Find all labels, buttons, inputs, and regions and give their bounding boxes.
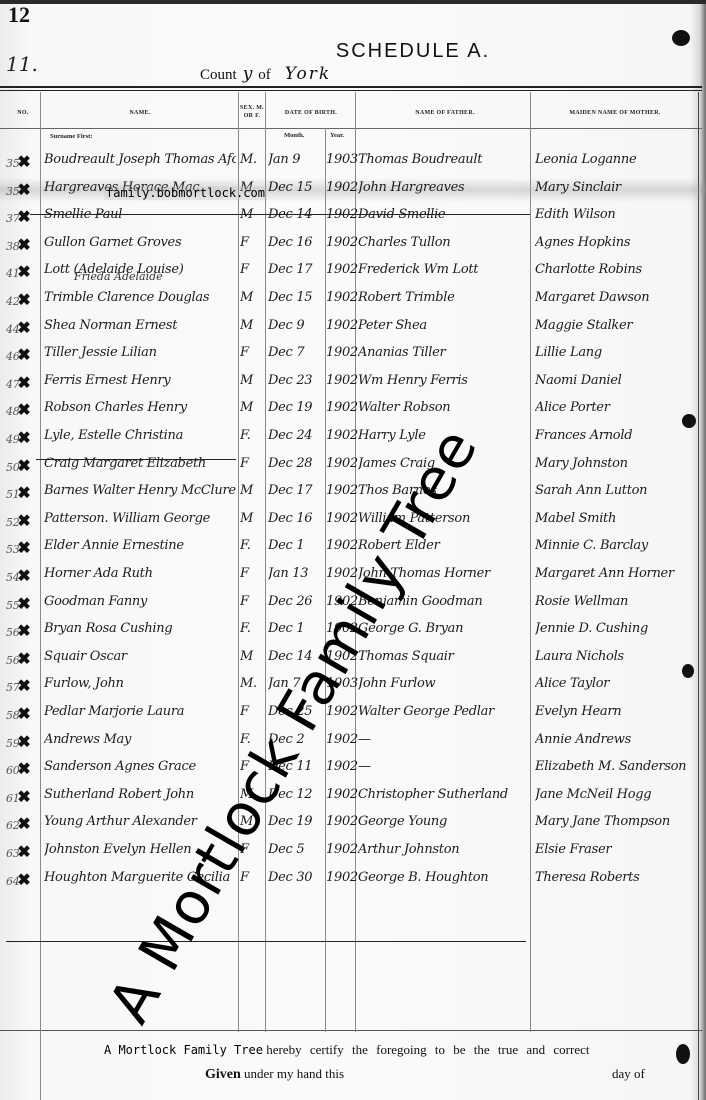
footer-certification: A Mortlock Family Tree hereby certify th…: [104, 1042, 590, 1058]
record-father: Benjamin Goodman: [358, 594, 530, 609]
record-mother: Maggie Stalker: [535, 318, 700, 333]
record-mother: Jennie D. Cushing: [535, 621, 700, 636]
record-number: 44✖: [6, 318, 40, 337]
cross-mark-icon: ✖: [17, 870, 30, 889]
record-birth-year: 1902: [326, 345, 358, 360]
record-mother: Alice Taylor: [535, 676, 700, 691]
record-number: 46✖: [6, 345, 40, 364]
record-sex: F: [240, 456, 264, 471]
record-father: Thomas Boudreault: [358, 152, 530, 167]
record-birth-year: 1902: [326, 373, 358, 388]
record-mother: Mabel Smith: [535, 511, 700, 526]
record-sex: M: [240, 787, 264, 802]
record-sex: M: [240, 511, 264, 526]
watermark-footer-overlay: A Mortlock Family Tree: [104, 1043, 263, 1057]
header-double-rule-top: [0, 86, 702, 88]
record-name: Barnes Walter Henry McClure: [44, 483, 236, 498]
record-birth-year: 1902: [326, 787, 358, 802]
record-birth-month: Dec 16: [268, 235, 324, 250]
record-birth-year: 1902: [326, 400, 358, 415]
record-name: Young Arthur Alexander: [44, 814, 236, 829]
record-name: Ferris Ernest Henry: [44, 373, 236, 388]
record-birth-month: Dec 2: [268, 732, 324, 747]
record-birth-month: Dec 26: [268, 594, 324, 609]
watermark-url: family.bobmortlock.com: [104, 186, 267, 200]
record-birth-year: 1902: [326, 594, 358, 609]
record-father: Harry Lyle: [358, 428, 530, 443]
record-sex: M: [240, 373, 264, 388]
underline-hargreaves: [30, 214, 530, 215]
record-number: 61✖: [6, 787, 40, 806]
record-father: Charles Tullon: [358, 235, 530, 250]
cross-mark-icon: ✖: [17, 649, 30, 668]
header-mother: Maiden Name of Mother.: [540, 110, 690, 116]
record-number: 50✖: [6, 456, 40, 475]
record-number: 55✖: [6, 594, 40, 613]
record-number: 51✖: [6, 483, 40, 502]
subheader-surname-first: Surname First:: [50, 133, 92, 140]
record-name: Elder Annie Ernestine: [44, 538, 236, 553]
record-name: Robson Charles Henry: [44, 400, 236, 415]
record-mother: Lillie Lang: [535, 345, 700, 360]
record-birth-month: Dec 19: [268, 814, 324, 829]
record-birth-month: Dec 15: [268, 180, 324, 195]
record-birth-year: 1902: [326, 511, 358, 526]
record-sex: F.: [240, 732, 264, 747]
record-sex: M: [240, 814, 264, 829]
table-row: 46✖Tiller Jessie LilianFDec 71902Ananias…: [0, 343, 706, 370]
record-mother: Rosie Wellman: [535, 594, 700, 609]
record-number: 57✖: [6, 676, 40, 695]
cross-mark-icon: ✖: [17, 428, 30, 447]
header-bottom-rule: [0, 128, 702, 129]
record-father: James Craig: [358, 456, 530, 471]
page-top-edge: [0, 0, 706, 4]
record-name: Sutherland Robert John: [44, 787, 236, 802]
table-row: 63✖Johnston Evelyn HellenFDec 51902Arthu…: [0, 840, 706, 867]
table-row: 62✖Young Arthur AlexanderMDec 191902Geor…: [0, 812, 706, 839]
record-father: John Furlow: [358, 676, 530, 691]
record-mother: Agnes Hopkins: [535, 235, 700, 250]
record-mother: Mary Sinclair: [535, 180, 700, 195]
record-name: Gullon Garnet Groves: [44, 235, 236, 250]
cross-mark-icon: ✖: [17, 483, 30, 502]
ink-blot-right-3: [676, 1044, 690, 1064]
record-sex: M.: [240, 152, 264, 167]
record-birth-month: Dec 12: [268, 787, 324, 802]
table-row: 42✖Trimble Clarence DouglasMDec 151902Ro…: [0, 288, 706, 315]
record-number: 60✖: [6, 759, 40, 778]
header-father: Name of Father.: [370, 110, 520, 116]
record-sex: F: [240, 262, 264, 277]
record-sex: M: [240, 400, 264, 415]
record-birth-year: 1902: [326, 538, 358, 553]
underline-robson: [36, 459, 236, 460]
scanned-register-page: 12 11. SCHEDULE A. CountyofYork No. Name…: [0, 0, 706, 1100]
record-father: Ananias Tiller: [358, 345, 530, 360]
record-birth-year: 1902: [326, 290, 358, 305]
record-birth-month: Dec 7: [268, 345, 324, 360]
record-birth-year: 1902: [326, 318, 358, 333]
cross-mark-icon: ✖: [17, 400, 30, 419]
record-sex: M: [240, 290, 264, 305]
record-name: Horner Ada Ruth: [44, 566, 236, 581]
record-birth-year: 1903: [326, 152, 358, 167]
record-birth-year: 1902: [326, 483, 358, 498]
record-father: Christopher Sutherland: [358, 787, 530, 802]
record-sex: M.: [240, 676, 264, 691]
record-mother: Elsie Fraser: [535, 842, 700, 857]
record-name: Lyle, Estelle Christina: [44, 428, 236, 443]
record-birth-month: Dec 25: [268, 704, 324, 719]
cross-mark-icon: ✖: [17, 538, 30, 557]
page-number: 12: [8, 2, 30, 28]
record-sex: M: [240, 483, 264, 498]
record-birth-year: 1902: [326, 235, 358, 250]
record-birth-month: Dec 15: [268, 290, 324, 305]
record-number: 47✖: [6, 373, 40, 392]
record-number: 38✖: [6, 235, 40, 254]
record-birth-month: Dec 9: [268, 318, 324, 333]
record-father: John Thomas Horner: [358, 566, 530, 581]
table-row: 56✖Bryan Rosa CushingF.Dec 11902George G…: [0, 619, 706, 646]
record-mother: Evelyn Hearn: [535, 704, 700, 719]
table-row: 64✖Houghton Marguerite CeciliaFDec 30190…: [0, 868, 706, 895]
cross-mark-icon: ✖: [17, 814, 30, 833]
record-father: Thomas Squair: [358, 649, 530, 664]
record-sex: F: [240, 704, 264, 719]
record-birth-month: Dec 5: [268, 842, 324, 857]
record-birth-month: Jan 7: [268, 676, 324, 691]
record-birth-year: 1902: [326, 180, 358, 195]
record-birth-year: 1902: [326, 814, 358, 829]
cross-mark-icon: ✖: [17, 345, 30, 364]
record-birth-month: Dec 1: [268, 538, 324, 553]
subheader-year: Year.: [330, 132, 344, 139]
record-birth-month: Dec 1: [268, 621, 324, 636]
cross-mark-icon: ✖: [17, 759, 30, 778]
record-father: Wm Henry Ferris: [358, 373, 530, 388]
record-father: Peter Shea: [358, 318, 530, 333]
header-date-of-birth: Date of Birth.: [268, 110, 354, 116]
record-father: John Hargreaves: [358, 180, 530, 195]
record-name: Boudreault Joseph Thomas Afonia: [44, 152, 236, 167]
footer-rule: [0, 1030, 702, 1031]
record-mother: Alice Porter: [535, 400, 700, 415]
table-row: 44✖Shea Norman ErnestMDec 91902Peter She…: [0, 316, 706, 343]
cross-mark-icon: ✖: [17, 290, 30, 309]
record-sex: F: [240, 759, 264, 774]
record-name: Pedlar Marjorie Laura: [44, 704, 236, 719]
record-mother: Naomi Daniel: [535, 373, 700, 388]
record-birth-month: Dec 17: [268, 262, 324, 277]
record-sex: M: [240, 318, 264, 333]
record-number: 35✖: [6, 152, 40, 171]
table-row: 38✖Gullon Garnet GrovesFDec 161902Charle…: [0, 233, 706, 260]
record-birth-year: 1903: [326, 676, 358, 691]
table-row: 56✖Squair OscarMDec 141902Thomas SquairL…: [0, 647, 706, 674]
record-birth-month: Dec 17: [268, 483, 324, 498]
record-number: 64✖: [6, 870, 40, 889]
header-double-rule-bottom: [0, 90, 702, 91]
table-row: 52✖Patterson. William GeorgeMDec 161902W…: [0, 509, 706, 536]
cross-mark-icon: ✖: [17, 235, 30, 254]
record-birth-month: Dec 14: [268, 649, 324, 664]
record-number: 59✖: [6, 732, 40, 751]
record-father: Walter George Pedlar: [358, 704, 530, 719]
name-annotation-frieda: Frieda Adelaide: [74, 270, 163, 283]
record-number: 35✖: [6, 180, 40, 199]
record-birth-year: 1902: [326, 262, 358, 277]
record-sex: F: [240, 566, 264, 581]
schedule-title: SCHEDULE A.: [0, 40, 706, 63]
record-birth-year: 1902: [326, 870, 358, 885]
record-number: 56✖: [6, 649, 40, 668]
record-number: 62✖: [6, 814, 40, 833]
record-name: Bryan Rosa Cushing: [44, 621, 236, 636]
cross-mark-icon: ✖: [17, 456, 30, 475]
record-number: 58✖: [6, 704, 40, 723]
record-name: Squair Oscar: [44, 649, 236, 664]
header-name: Name.: [60, 110, 220, 116]
record-number: 42✖: [6, 290, 40, 309]
record-name: Andrews May: [44, 732, 236, 747]
cross-mark-icon: ✖: [17, 180, 30, 199]
cross-mark-icon: ✖: [17, 842, 30, 861]
record-name: Patterson. William George: [44, 511, 236, 526]
record-birth-month: Jan 13: [268, 566, 324, 581]
record-birth-year: 1902: [326, 428, 358, 443]
record-sex: F: [240, 870, 264, 885]
record-father: Arthur Johnston: [358, 842, 530, 857]
record-mother: Mary Johnston: [535, 456, 700, 471]
table-row: 61✖Sutherland Robert JohnMDec 121902Chri…: [0, 785, 706, 812]
record-birth-year: 1902: [326, 621, 358, 636]
record-birth-year: 1902: [326, 732, 358, 747]
header-no: No.: [10, 110, 36, 116]
header-sex: Sex. M. or F.: [240, 104, 264, 120]
record-mother: Sarah Ann Lutton: [535, 483, 700, 498]
table-row: 47✖Ferris Ernest HenryMDec 231902Wm Henr…: [0, 371, 706, 398]
record-mother: Frances Arnold: [535, 428, 700, 443]
table-row: 55✖Goodman FannyFDec 261902Benjamin Good…: [0, 592, 706, 619]
record-father: Robert Elder: [358, 538, 530, 553]
record-sex: F.: [240, 621, 264, 636]
record-sex: F.: [240, 428, 264, 443]
record-birth-month: Dec 16: [268, 511, 324, 526]
record-number: 52✖: [6, 511, 40, 530]
record-name: Trimble Clarence Douglas: [44, 290, 236, 305]
cross-mark-icon: ✖: [17, 373, 30, 392]
record-name: Goodman Fanny: [44, 594, 236, 609]
record-father: Walter Robson: [358, 400, 530, 415]
record-father: William Patterson: [358, 511, 530, 526]
record-birth-year: 1902: [326, 704, 358, 719]
table-row: 50✖Craig Margaret ElizabethFDec 281902Ja…: [0, 454, 706, 481]
table-row: 53✖Elder Annie ErnestineF.Dec 11902Rober…: [0, 536, 706, 563]
footer-day-of: day of: [612, 1066, 645, 1082]
cross-mark-icon: ✖: [17, 152, 30, 171]
cross-mark-icon: ✖: [17, 704, 30, 723]
cross-mark-icon: ✖: [17, 594, 30, 613]
table-row: 58✖Pedlar Marjorie LauraFDec 251902Walte…: [0, 702, 706, 729]
table-row: 59✖Andrews MayF.Dec 21902—Annie Andrews: [0, 730, 706, 757]
table-row: 48✖Robson Charles HenryMDec 191902Walter…: [0, 398, 706, 425]
record-mother: Charlotte Robins: [535, 262, 700, 277]
cross-mark-icon: ✖: [17, 621, 30, 640]
record-number: 49✖: [6, 428, 40, 447]
record-number: 53✖: [6, 538, 40, 557]
record-number: 41✖: [6, 262, 40, 281]
record-father: Frederick Wm Lott: [358, 262, 530, 277]
record-birth-month: Dec 28: [268, 456, 324, 471]
record-sex: F.: [240, 538, 264, 553]
table-row: 54✖Horner Ada RuthFJan 131902John Thomas…: [0, 564, 706, 591]
record-father: George Young: [358, 814, 530, 829]
record-mother: Edith Wilson: [535, 207, 700, 222]
cross-mark-icon: ✖: [17, 732, 30, 751]
county-name: York: [285, 64, 331, 84]
record-father: George G. Bryan: [358, 621, 530, 636]
record-name: Houghton Marguerite Cecilia: [44, 870, 236, 885]
record-father: George B. Houghton: [358, 870, 530, 885]
county-line: CountyofYork: [200, 64, 337, 84]
record-mother: Laura Nichols: [535, 649, 700, 664]
record-name: Furlow, John: [44, 676, 236, 691]
record-birth-year: 1902: [326, 456, 358, 471]
record-number: 56✖: [6, 621, 40, 640]
record-name: Shea Norman Ernest: [44, 318, 236, 333]
record-name: Sanderson Agnes Grace: [44, 759, 236, 774]
record-sex: F: [240, 235, 264, 250]
record-sex: F: [240, 345, 264, 360]
record-father: —: [358, 732, 530, 747]
table-row: 49✖Lyle, Estelle ChristinaF.Dec 241902Ha…: [0, 426, 706, 453]
record-birth-year: 1902: [326, 842, 358, 857]
record-mother: Mary Jane Thompson: [535, 814, 700, 829]
record-sex: F: [240, 594, 264, 609]
cross-mark-icon: ✖: [17, 676, 30, 695]
record-birth-month: Dec 19: [268, 400, 324, 415]
underline-young: [6, 941, 526, 942]
record-name: Johnston Evelyn Hellen: [44, 842, 236, 857]
record-sex: M: [240, 649, 264, 664]
record-mother: Margaret Ann Horner: [535, 566, 700, 581]
record-mother: Leonia Loganne: [535, 152, 700, 167]
record-sex: F: [240, 842, 264, 857]
table-row: 60✖Sanderson Agnes GraceFDec 111902—Eliz…: [0, 757, 706, 784]
record-name: Craig Margaret Elizabeth: [44, 456, 236, 471]
record-number: 63✖: [6, 842, 40, 861]
record-father: —: [358, 759, 530, 774]
cross-mark-icon: ✖: [17, 262, 30, 281]
footer-given: Given under my hand this: [205, 1066, 344, 1083]
record-birth-month: Dec 23: [268, 373, 324, 388]
cross-mark-icon: ✖: [17, 511, 30, 530]
table-row: 51✖Barnes Walter Henry McClureMDec 17190…: [0, 481, 706, 508]
record-mother: Minnie C. Barclay: [535, 538, 700, 553]
cross-mark-icon: ✖: [17, 566, 30, 585]
table-row: 37✖Smellie PaulMDec 141902David SmellieE…: [0, 205, 706, 232]
subheader-month: Month.: [284, 132, 304, 139]
record-birth-year: 1902: [326, 566, 358, 581]
record-father: Thos Barnes: [358, 483, 530, 498]
record-birth-month: Dec 30: [268, 870, 324, 885]
cross-mark-icon: ✖: [17, 787, 30, 806]
record-number: 48✖: [6, 400, 40, 419]
cross-mark-icon: ✖: [17, 207, 30, 226]
table-row: 57✖Furlow, JohnM.Jan 71903John FurlowAli…: [0, 674, 706, 701]
record-number: 37✖: [6, 207, 40, 226]
record-birth-year: 1902: [326, 649, 358, 664]
table-row: 35✖Boudreault Joseph Thomas AfoniaM.Jan …: [0, 150, 706, 177]
record-mother: Jane McNeil Hogg: [535, 787, 700, 802]
record-birth-month: Dec 24: [268, 428, 324, 443]
record-birth-month: Jan 9: [268, 152, 324, 167]
record-number: 54✖: [6, 566, 40, 585]
record-birth-year: 1902: [326, 759, 358, 774]
record-name: Tiller Jessie Lilian: [44, 345, 236, 360]
cross-mark-icon: ✖: [17, 318, 30, 337]
record-mother: Elizabeth M. Sanderson: [535, 759, 700, 774]
record-father: Robert Trimble: [358, 290, 530, 305]
record-birth-month: Dec 11: [268, 759, 324, 774]
record-mother: Margaret Dawson: [535, 290, 700, 305]
record-mother: Annie Andrews: [535, 732, 700, 747]
record-mother: Theresa Roberts: [535, 870, 700, 885]
